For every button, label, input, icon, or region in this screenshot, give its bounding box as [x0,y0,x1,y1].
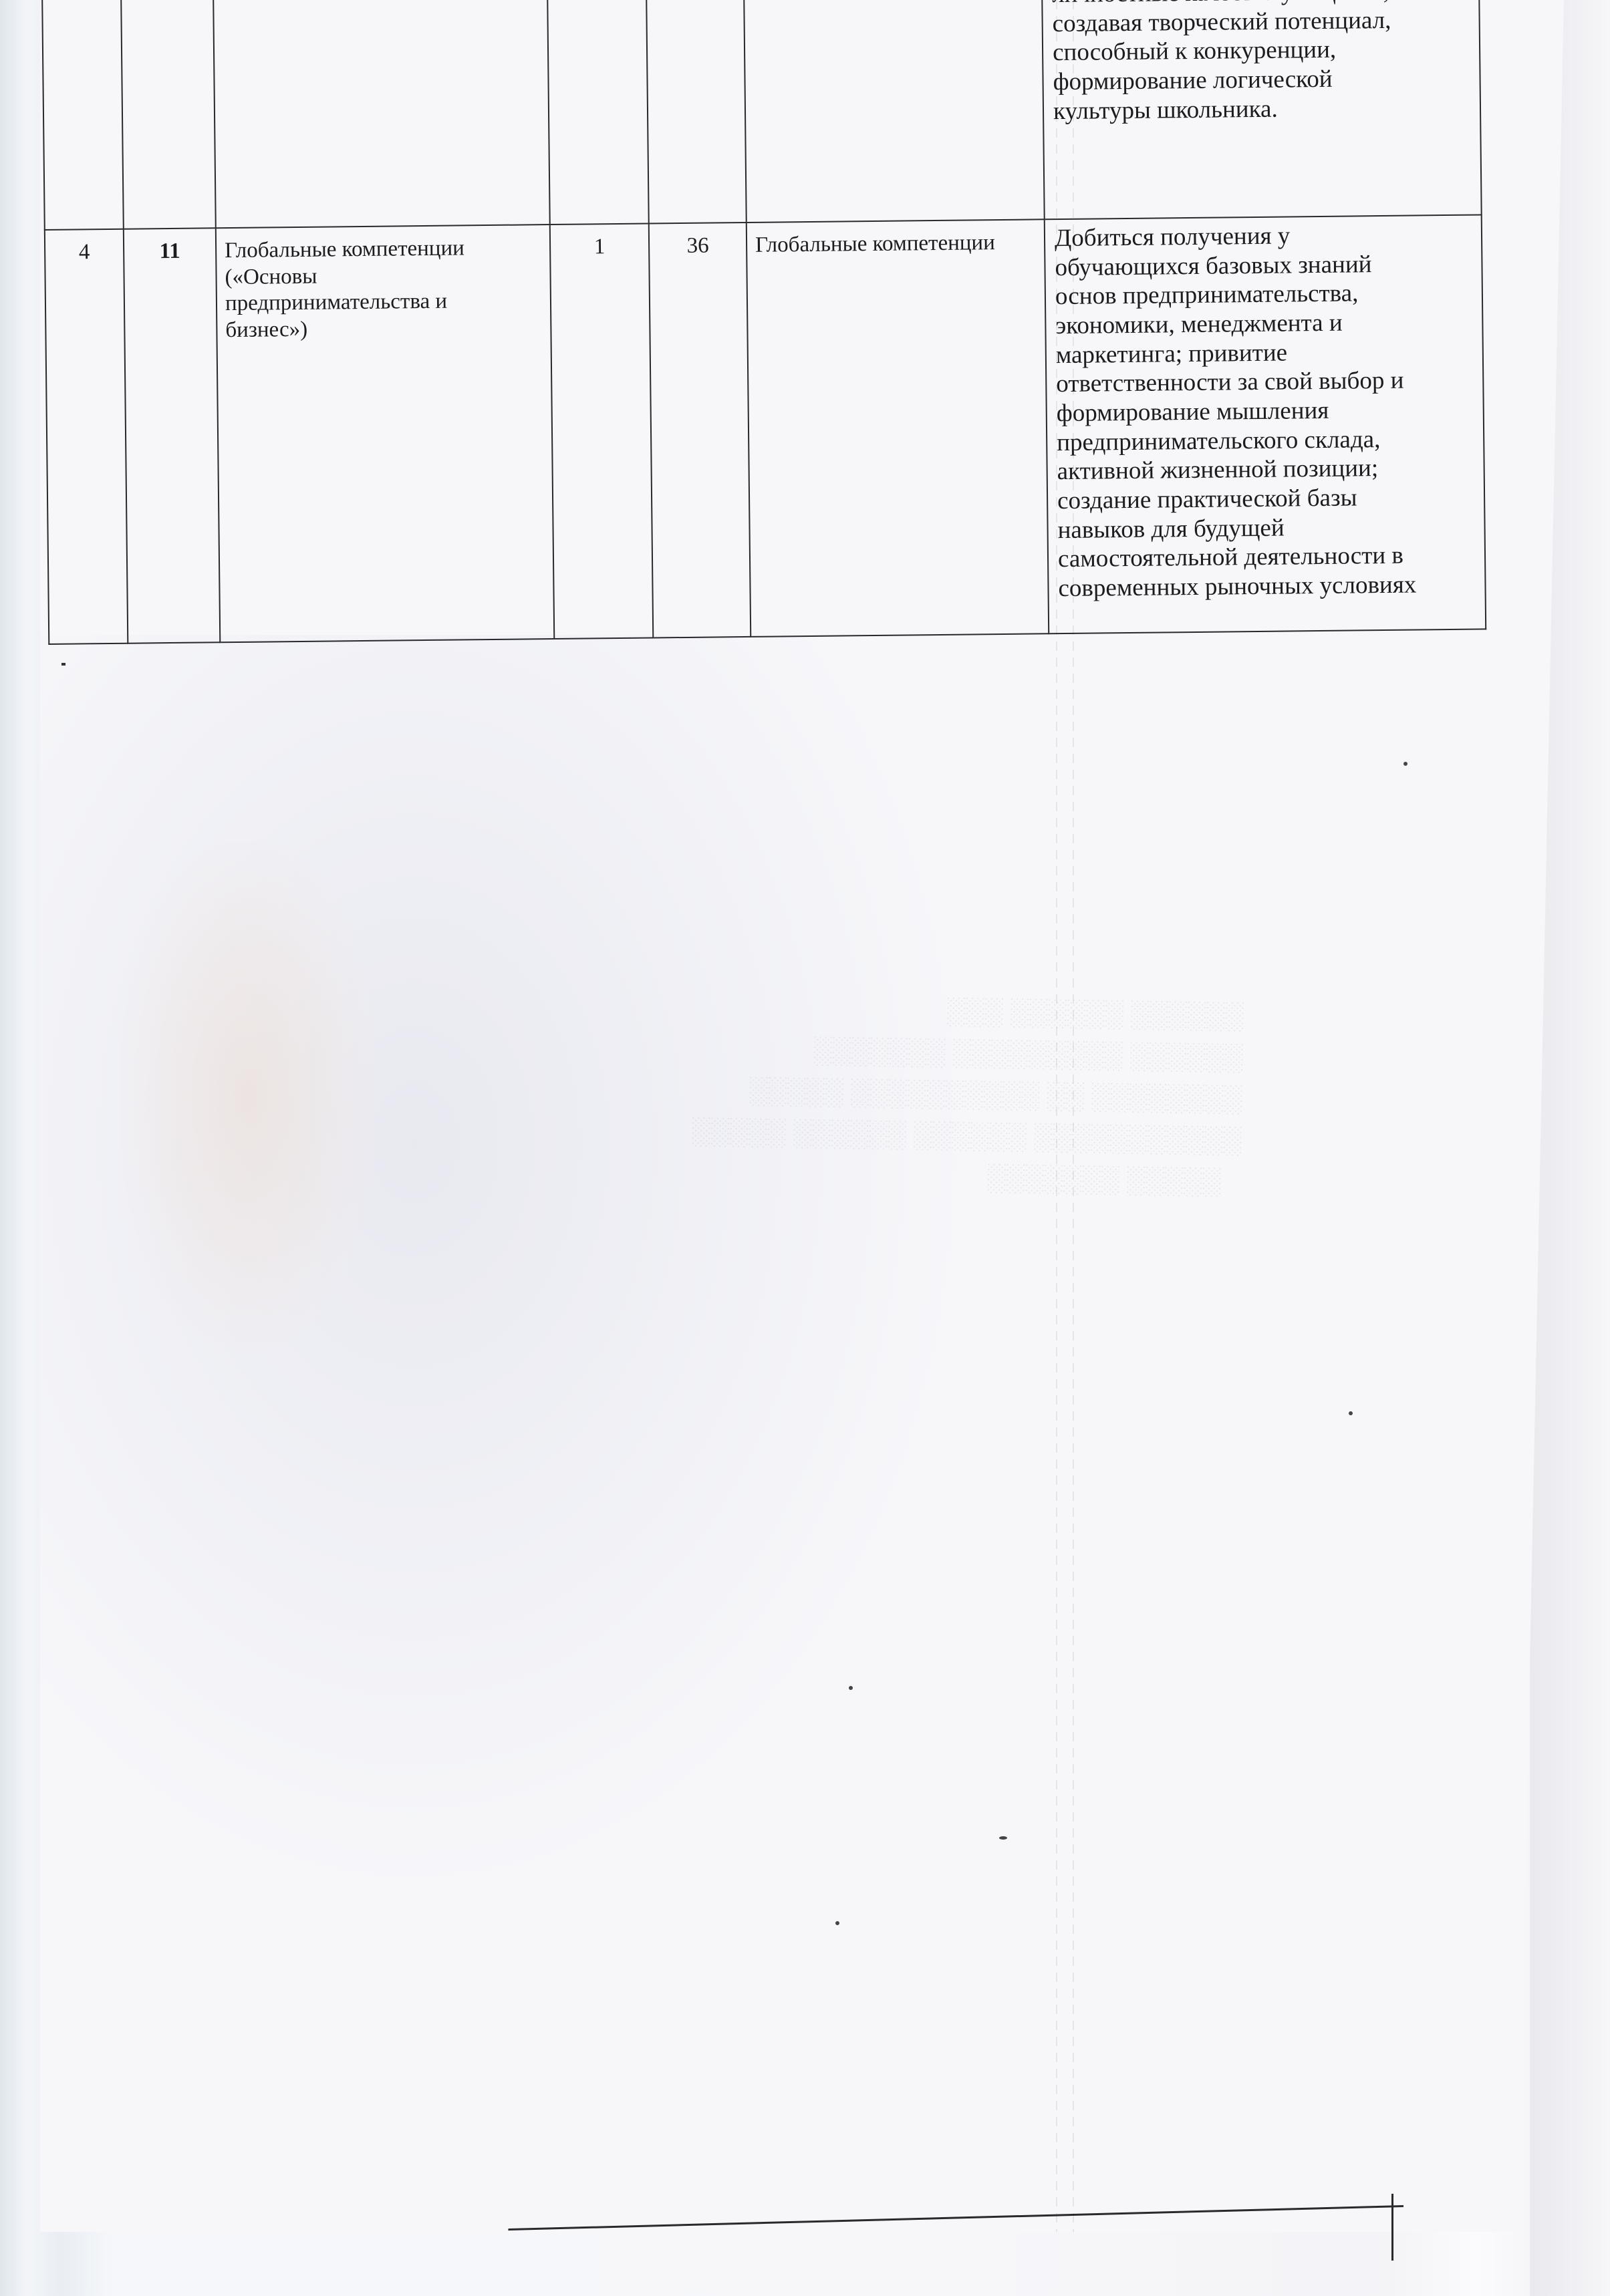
goal-line: обучающихся базовых знаний [1055,249,1472,282]
goal-line: способный к конкуренции, [1053,34,1470,67]
goal-line: Добиться получения у [1055,220,1472,253]
cell-grade: 11 [124,228,220,643]
speck [835,1921,839,1925]
speck [1403,762,1407,766]
table-row-continued: личностные качества учащихся, создавая т… [42,0,1482,230]
course-name-line: бизнес») [225,314,542,344]
goal-line: создавая творческий потенциал, [1052,5,1469,38]
paper-stain [120,842,374,1350]
course-name-line: («Основы [225,261,541,291]
plan-table: личностные качества учащихся, создавая т… [41,0,1486,645]
goal-line: ответственности за свой выбор и [1056,366,1473,399]
cell-direction: Глобальные компетенции [747,219,1049,637]
cell-hours-week [547,0,649,225]
goal-line: маркетинга; привитие [1056,336,1473,370]
goal-line: самостоятельной деятельности в [1058,541,1475,574]
table-row: 4 11 Глобальные компетенции («Основы пре… [45,214,1486,643]
goal-line: формирование мышления [1057,395,1474,428]
cell-hours-week: 1 [550,224,653,639]
cell-course-name: Глобальные компетенции («Основы предприн… [216,225,554,642]
cell-hours-year [646,0,747,224]
goal-line: предпринимательского склада, [1057,424,1474,457]
course-name-line: Глобальные компетенции [225,235,541,265]
goal-line: активной жизненной позиции; [1057,453,1474,486]
goal-line: формирование логической [1053,63,1470,97]
plan-table-container: личностные качества учащихся, создавая т… [41,0,1485,645]
cell-no: 4 [45,229,128,644]
course-name-line: предпринимательства и [225,287,542,317]
cell-goal: личностные качества учащихся, создавая т… [1042,0,1482,219]
speck [999,1836,1007,1840]
cell-grade [121,0,216,229]
goal-line: культуры школьника. [1053,92,1470,126]
table-right-border-page-end [1391,2194,1393,2261]
cell-no [42,0,124,230]
cell-goal: Добиться получения у обучающихся базовых… [1045,214,1486,633]
speck [849,1686,853,1690]
goal-line: навыков для будущей [1057,511,1474,545]
cell-course-name [213,0,550,228]
goal-line: современных рыночных условиях [1058,569,1475,603]
speck [1349,1411,1353,1415]
cell-hours-year: 36 [649,223,751,637]
cell-direction [744,0,1045,223]
stray-mark [61,663,65,666]
goal-line: экономики, менеджмента и [1055,307,1472,341]
goal-line: основ предпринимательства, [1055,278,1472,311]
goal-line: создание практической базы [1057,482,1474,515]
